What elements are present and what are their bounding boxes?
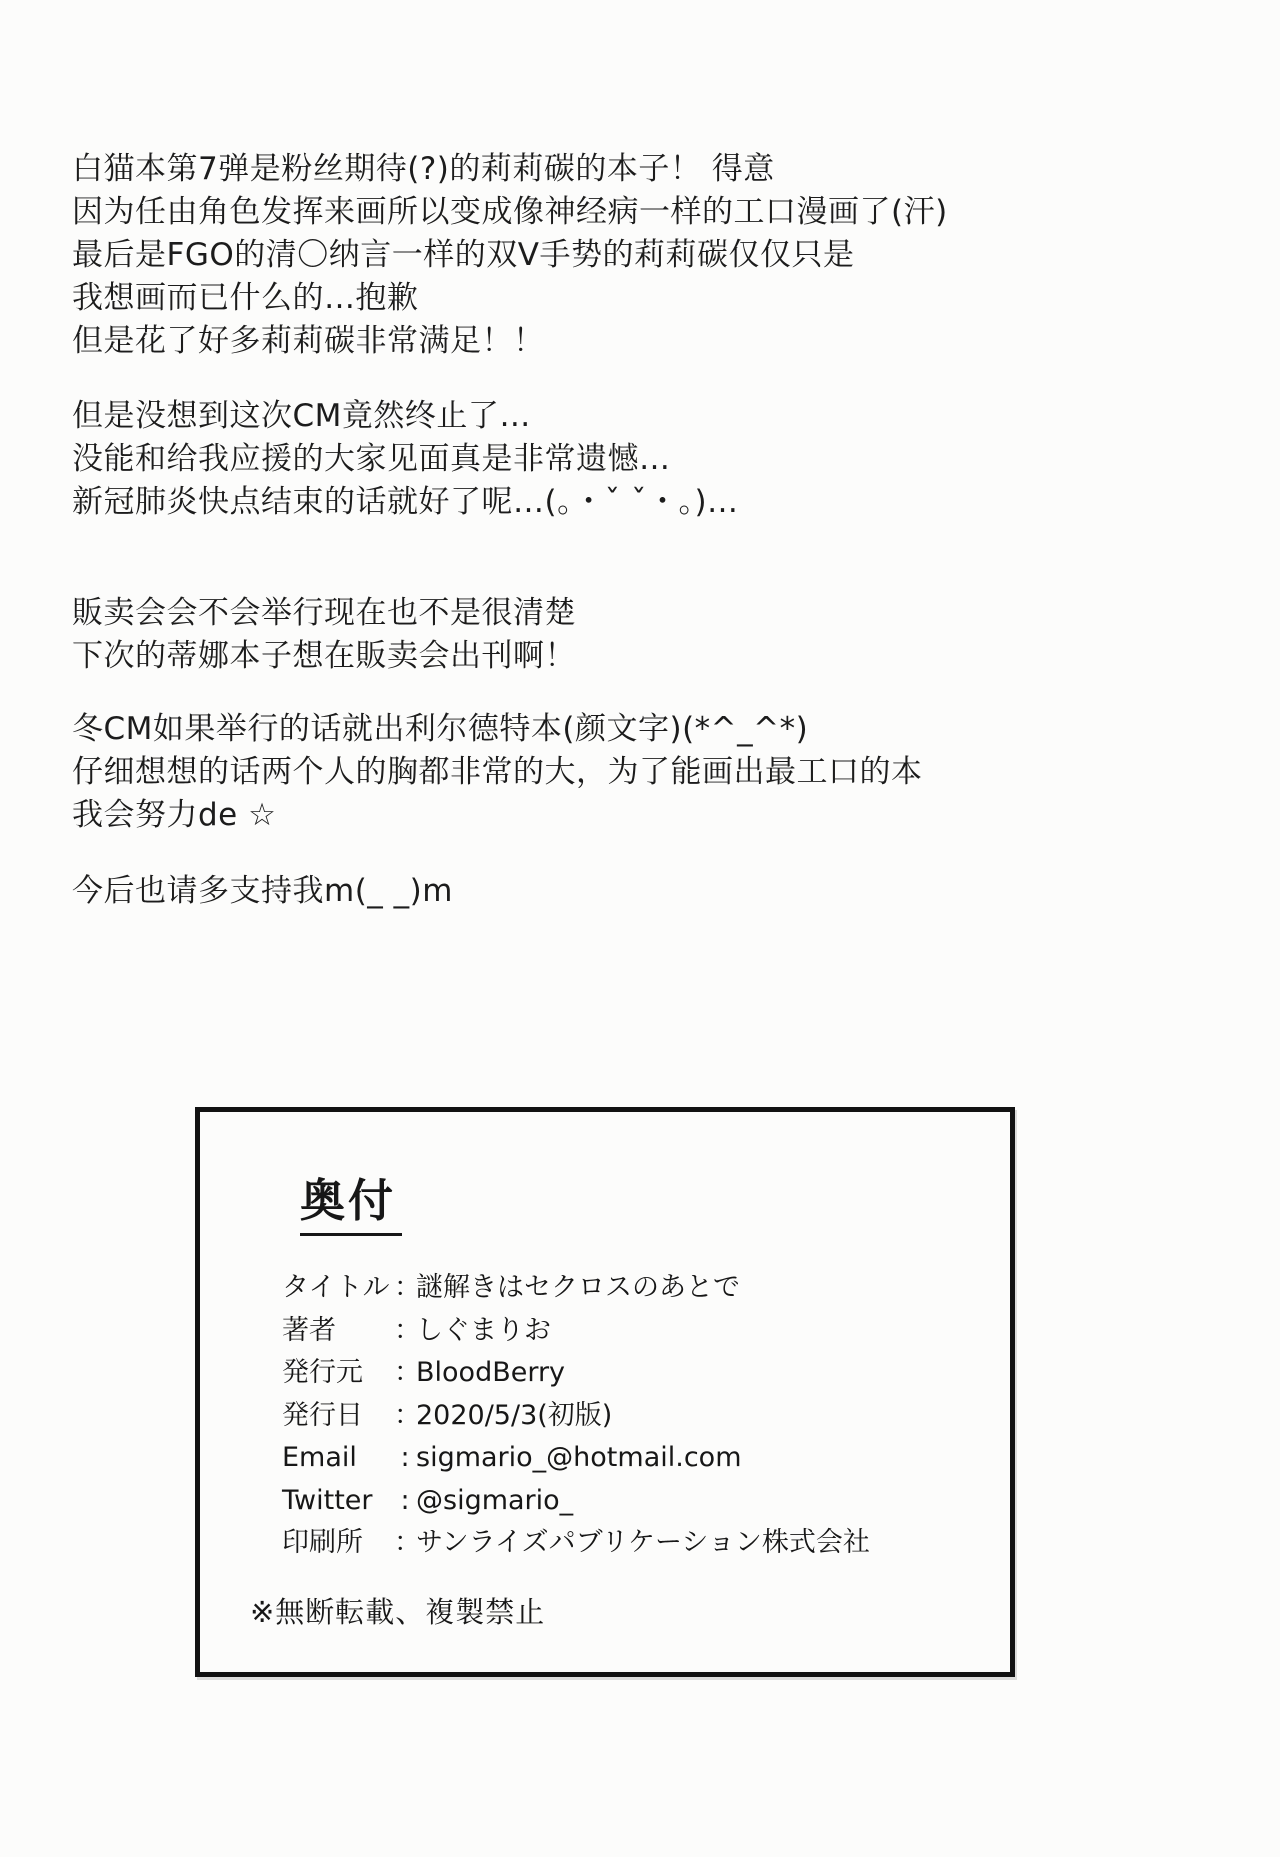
colophon-separator: ： <box>394 1310 416 1353</box>
colophon-label: 発行元 <box>282 1352 394 1395</box>
colophon-box: 奥付 タイトル：謎解きはセクロスのあとで 著者：しぐまりお 発行元：BloodB… <box>195 1107 1015 1677</box>
colophon-label: Email <box>282 1437 394 1480</box>
scanned-afterword-page: 白猫本第7弹是粉丝期待(?)的莉莉碳的本子！ 得意 因为任由角色发挥来画所以变成… <box>0 0 1280 1857</box>
colophon-label: 印刷所 <box>282 1522 394 1565</box>
afterword-paragraph-3: 販卖会会不会举行现在也不是很清楚 下次的蒂娜本子想在販卖会出刊啊！ <box>72 592 576 678</box>
colophon-label: 著者 <box>282 1310 394 1353</box>
colophon-value: しぐまりお <box>416 1315 551 1346</box>
afterword-line: 我想画而已什么的…抱歉 <box>72 277 948 320</box>
colophon-value: BloodBerry <box>416 1357 565 1388</box>
colophon-separator: : <box>394 1480 416 1523</box>
colophon-row-twitter: Twitter:@sigmario_ <box>282 1480 870 1523</box>
afterword-paragraph-2: 但是没想到这次CM竟然终止了… 没能和给我应援的大家见面真是非常遗憾… 新冠肺炎… <box>72 395 739 524</box>
colophon-rows: タイトル：謎解きはセクロスのあとで 著者：しぐまりお 発行元：BloodBerr… <box>282 1267 870 1565</box>
afterword-paragraph-4: 冬CM如果举行的话就出利尔德特本(颜文字)(*^_^*) 仔细想想的话两个人的胸… <box>72 708 923 837</box>
colophon-label: タイトル <box>282 1267 394 1310</box>
colophon-row-date: 発行日：2020/5/3(初版) <box>282 1395 870 1438</box>
afterword-line: 新冠肺炎快点结束的话就好了呢…(。・ˇ ˇ・。)… <box>72 481 739 524</box>
colophon-row-publisher: 発行元：BloodBerry <box>282 1352 870 1395</box>
afterword-paragraph-5: 今后也请多支持我m(_ _)m <box>72 870 453 913</box>
colophon-heading: 奥付 <box>300 1164 402 1236</box>
afterword-line: 但是花了好多莉莉碳非常满足！！ <box>72 320 948 363</box>
afterword-line: 但是没想到这次CM竟然终止了… <box>72 395 739 438</box>
afterword-paragraph-1: 白猫本第7弹是粉丝期待(?)的莉莉碳的本子！ 得意 因为任由角色发挥来画所以变成… <box>72 148 948 363</box>
colophon-separator: ： <box>394 1522 416 1565</box>
afterword-line: 今后也请多支持我m(_ _)m <box>72 870 453 913</box>
colophon-separator: ： <box>394 1267 416 1310</box>
colophon-value: @sigmario_ <box>416 1485 573 1516</box>
afterword-line: 下次的蒂娜本子想在販卖会出刊啊！ <box>72 635 576 678</box>
afterword-line: 仔细想想的话两个人的胸都非常的大，为了能画出最工口的本 <box>72 751 923 794</box>
colophon-row-title: タイトル：謎解きはセクロスのあとで <box>282 1267 870 1310</box>
colophon-value: サンライズパブリケーション株式会社 <box>416 1527 870 1558</box>
colophon-value: 2020/5/3(初版) <box>416 1400 612 1431</box>
afterword-line: 冬CM如果举行的话就出利尔德特本(颜文字)(*^_^*) <box>72 708 923 751</box>
colophon-separator: ： <box>394 1352 416 1395</box>
colophon-value: 謎解きはセクロスのあとで <box>416 1272 740 1303</box>
afterword-line: 販卖会会不会举行现在也不是很清楚 <box>72 592 576 635</box>
afterword-line: 最后是FGO的清〇纳言一样的双V手势的莉莉碳仅仅只是 <box>72 234 948 277</box>
reprint-prohibition-notice: ※無断転載、複製禁止 <box>250 1590 545 1631</box>
colophon-separator: ： <box>394 1395 416 1438</box>
afterword-line: 我会努力de ☆ <box>72 794 923 837</box>
colophon-row-author: 著者：しぐまりお <box>282 1310 870 1353</box>
colophon-label: Twitter <box>282 1480 394 1523</box>
afterword-line: 没能和给我应援的大家见面真是非常遗憾… <box>72 438 739 481</box>
colophon-value: sigmario_@hotmail.com <box>416 1442 742 1473</box>
afterword-line: 因为任由角色发挥来画所以变成像神经病一样的工口漫画了(汗) <box>72 191 948 234</box>
colophon-label: 発行日 <box>282 1395 394 1438</box>
colophon-row-email: Email:sigmario_@hotmail.com <box>282 1437 870 1480</box>
colophon-row-printer: 印刷所：サンライズパブリケーション株式会社 <box>282 1522 870 1565</box>
colophon-separator: : <box>394 1437 416 1480</box>
afterword-line: 白猫本第7弹是粉丝期待(?)的莉莉碳的本子！ 得意 <box>72 148 948 191</box>
